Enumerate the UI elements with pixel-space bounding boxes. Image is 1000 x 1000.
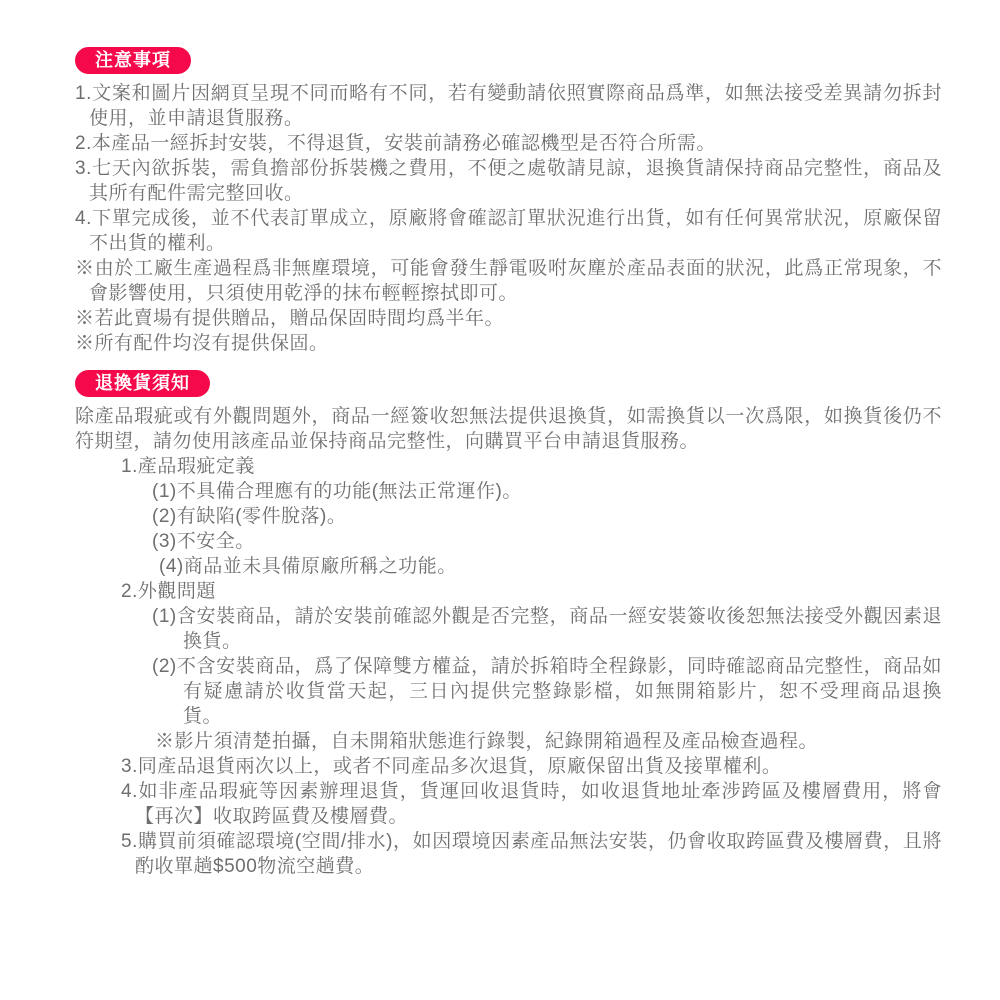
notice-item: 3.七天內欲拆裝，需負擔部份拆裝機之費用，不便之處敬請見諒，退換貨請保持商品完整…: [75, 156, 942, 206]
returns-intro: 除產品瑕疵或有外觀問題外，商品一經簽收恕無法提供退換貨，如需換貨以一次爲限，如換…: [75, 404, 942, 454]
notice-badge: 注意事項: [75, 47, 191, 74]
appearance-note: ※影片須清楚拍攝，自未開箱狀態進行錄製，紀錄開箱過程及產品檢查過程。: [155, 729, 942, 754]
returns-item: 4.如非產品瑕疵等因素辦理退貨，貨運回收退貨時，如收退貨地址牽涉跨區及樓層費用，…: [121, 779, 942, 829]
defect-subitem: (1)不具備合理應有的功能(無法正常運作)。: [152, 479, 942, 504]
notice-note: ※若此賣場有提供贈品，贈品保固時間均爲半年。: [75, 306, 942, 331]
notice-item: 1.文案和圖片因網頁呈現不同而略有不同，若有變動請依照實際商品爲準，如無法接受差…: [75, 81, 942, 131]
returns-list: 除產品瑕疵或有外觀問題外，商品一經簽收恕無法提供退換貨，如需換貨以一次爲限，如換…: [75, 404, 942, 879]
defect-subitem: (2)有缺陷(零件脫落)。: [152, 504, 942, 529]
returns-item: 5.購買前須確認環境(空間/排水)，如因環境因素產品無法安裝，仍會收取跨區費及樓…: [121, 829, 942, 879]
notice-item: 4.下單完成後，並不代表訂單成立，原廠將會確認訂單狀況進行出貨，如有任何異常狀況…: [75, 206, 942, 256]
appearance-title: 2.外觀問題: [121, 579, 942, 604]
appearance-subitem: (1)含安裝商品，請於安裝前確認外觀是否完整，商品一經安裝簽收後恕無法接受外觀因…: [152, 604, 942, 654]
notice-note: ※所有配件均沒有提供保固。: [75, 331, 942, 356]
notice-item: 2.本產品一經拆封安裝，不得退貨，安裝前請務必確認機型是否符合所需。: [75, 131, 942, 156]
notice-note: ※由於工廠生產過程爲非無塵環境，可能會發生靜電吸咐灰塵於產品表面的狀況，此爲正常…: [75, 256, 942, 306]
returns-section: 退換貨須知 除產品瑕疵或有外觀問題外，商品一經簽收恕無法提供退換貨，如需換貨以一…: [75, 370, 942, 879]
defect-subitem: (3)不安全。: [152, 529, 942, 554]
notice-list: 1.文案和圖片因網頁呈現不同而略有不同，若有變動請依照實際商品爲準，如無法接受差…: [75, 81, 942, 356]
policy-page: 注意事項 1.文案和圖片因網頁呈現不同而略有不同，若有變動請依照實際商品爲準，如…: [0, 0, 1000, 1000]
returns-badge: 退換貨須知: [75, 370, 210, 397]
returns-item: 3.同產品退貨兩次以上，或者不同產品多次退貨，原廠保留出貨及接單權利。: [121, 754, 942, 779]
appearance-subitem: (2)不含安裝商品，爲了保障雙方權益，請於拆箱時全程錄影，同時確認商品完整性，商…: [152, 654, 942, 729]
defect-subitem: (4)商品並未具備原廠所稱之功能。: [159, 554, 942, 579]
defect-title: 1.產品瑕疵定義: [121, 454, 942, 479]
section-spacer: [75, 356, 942, 370]
notice-section: 注意事項 1.文案和圖片因網頁呈現不同而略有不同，若有變動請依照實際商品爲準，如…: [75, 47, 942, 356]
